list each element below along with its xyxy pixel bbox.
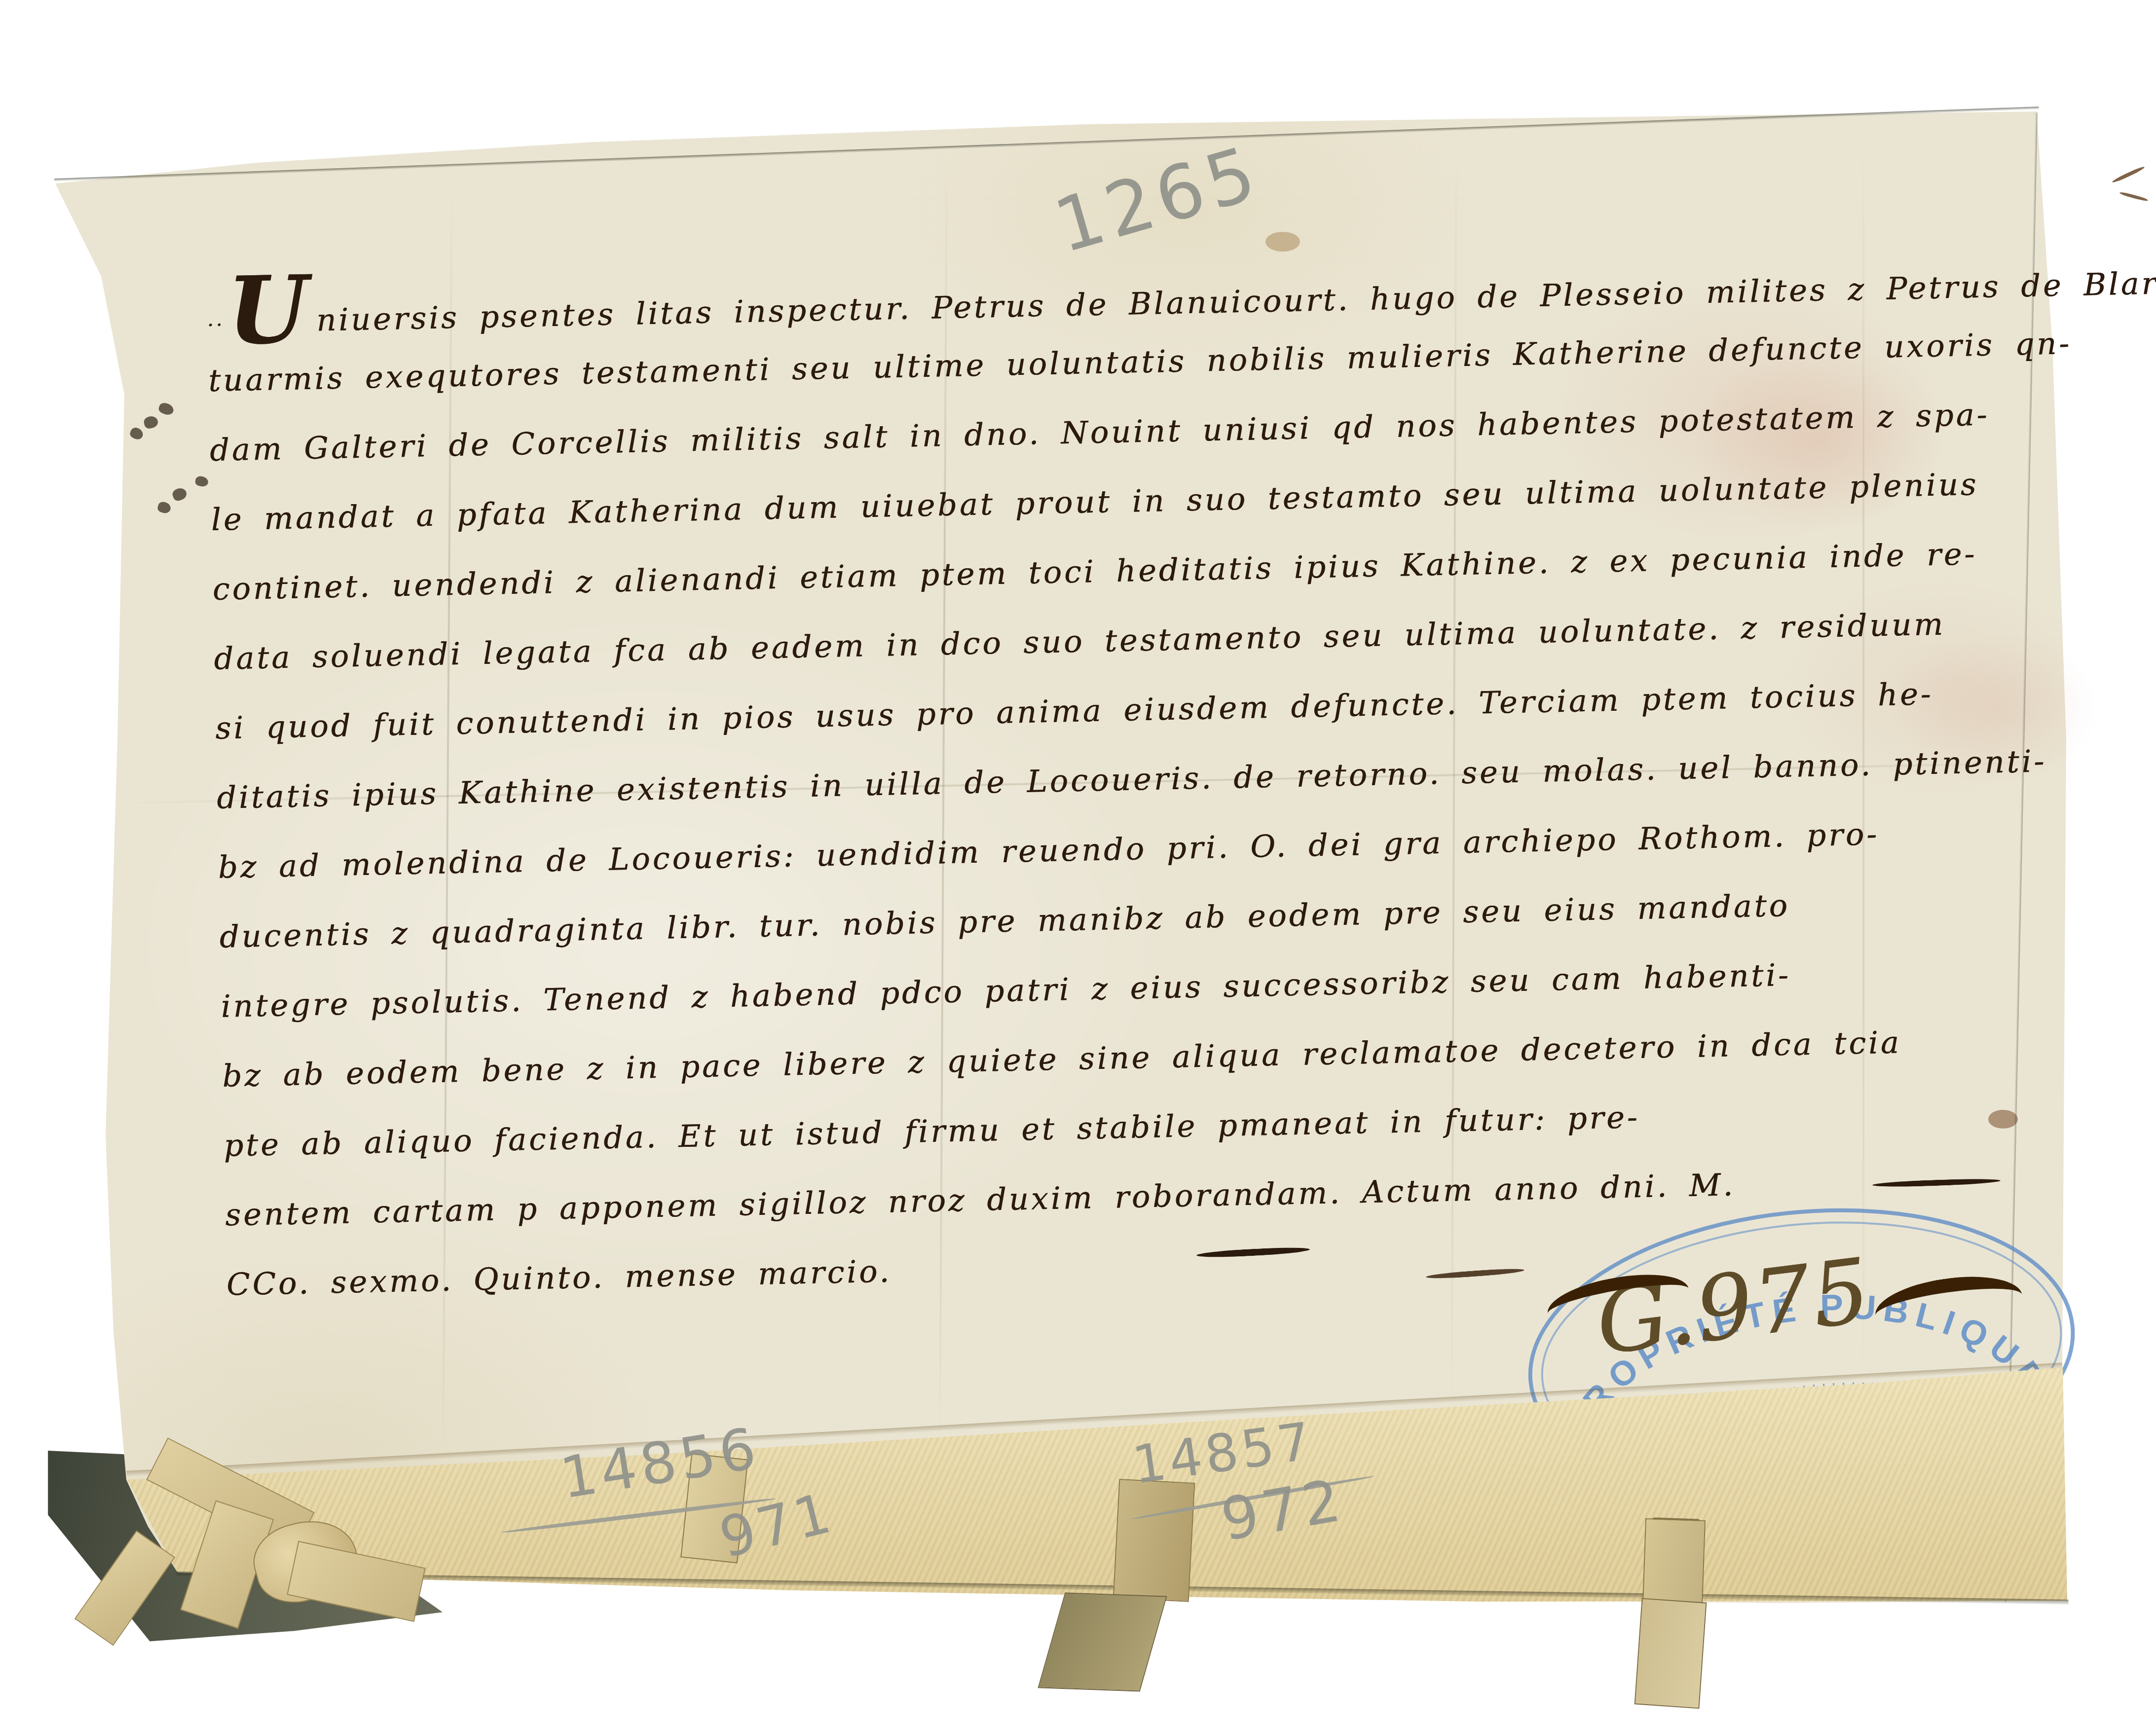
ink-squiggle — [2119, 191, 2149, 202]
seal-tag — [1113, 1479, 1195, 1602]
decorated-initial: U — [227, 285, 309, 336]
seal-tag-hanging — [1038, 1592, 1167, 1691]
line-prefix-dots: .. — [207, 308, 224, 331]
manuscript-text-block: ..Uniuersis psentes litas inspectur. Pet… — [206, 239, 2072, 1319]
scan-canvas: 1265 ..Uniuersis psentes litas inspectur… — [0, 0, 2156, 1718]
seal-tag-hanging — [1635, 1598, 1707, 1709]
ink-squiggle — [2112, 165, 2146, 184]
seal-tag — [1642, 1518, 1706, 1606]
brown-fleck — [1265, 232, 1300, 252]
